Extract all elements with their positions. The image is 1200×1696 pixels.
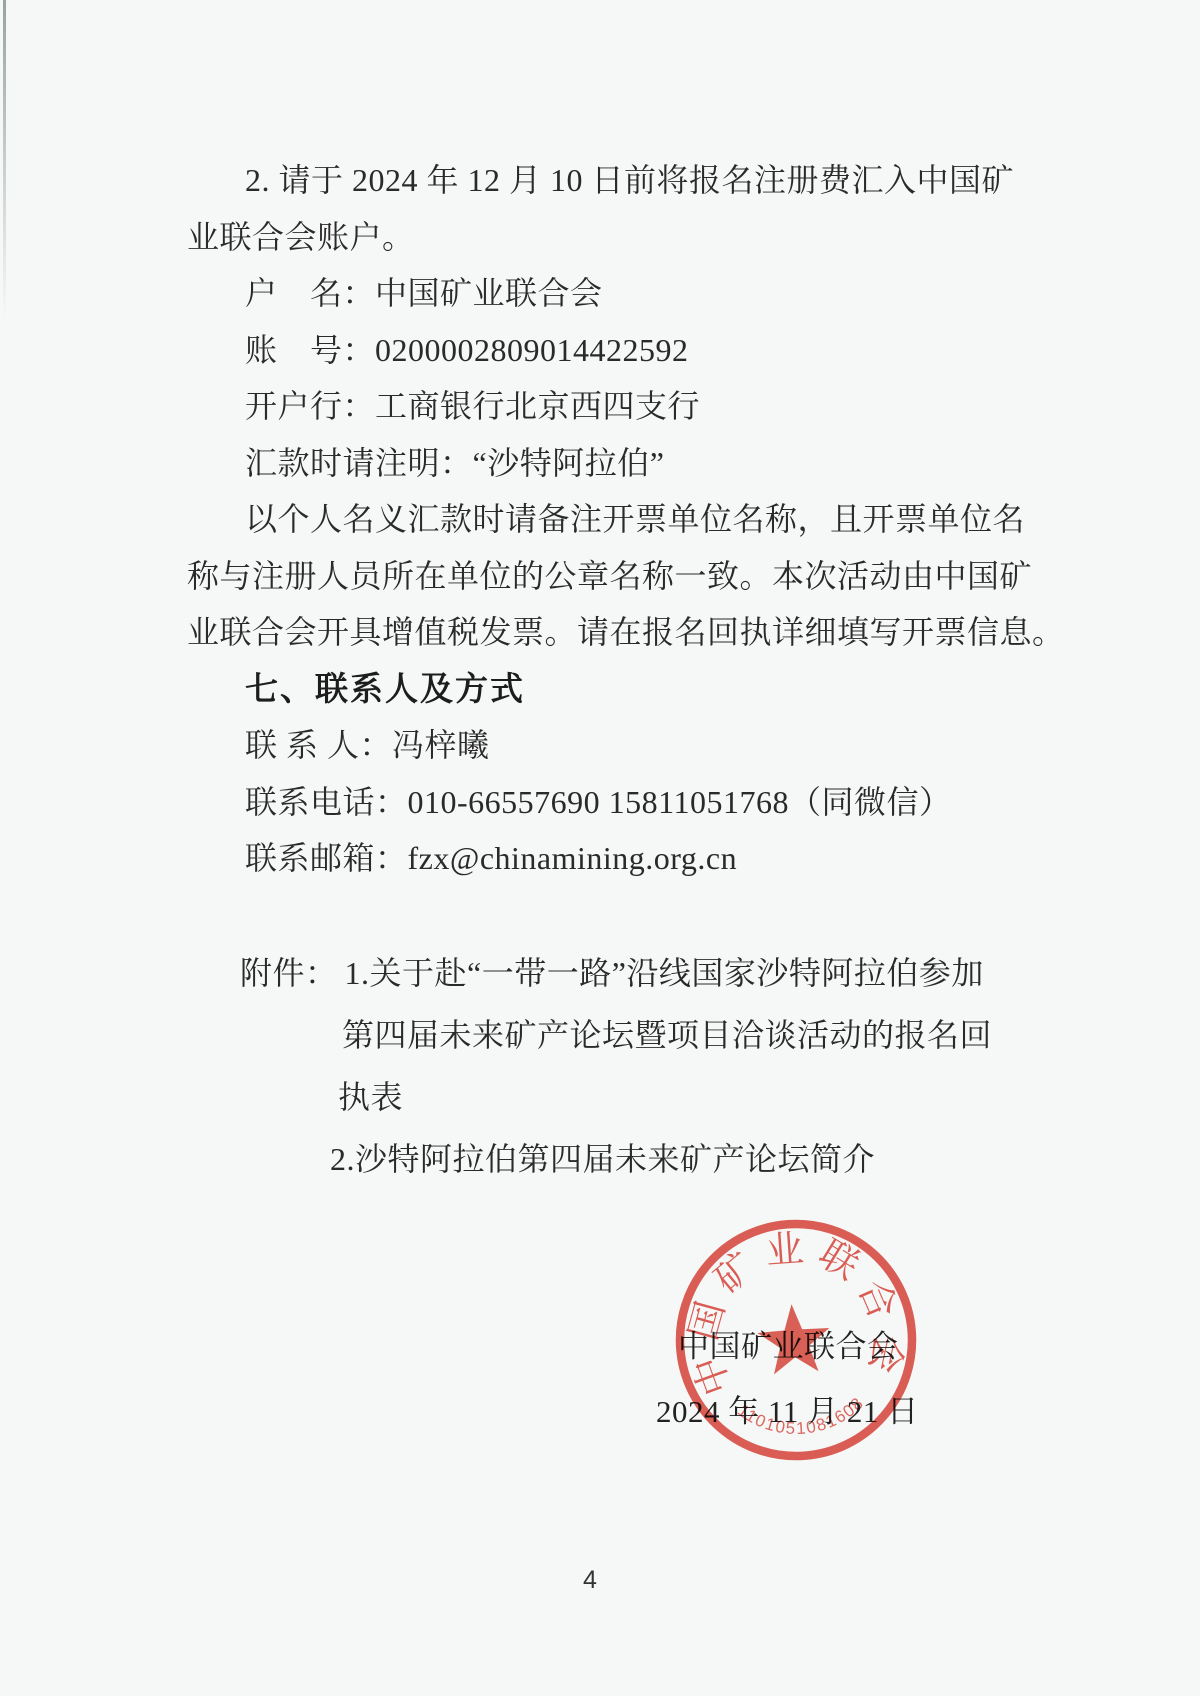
attachment-item-text: 1.关于赴“一带一路”沿线国家沙特阿拉伯参加 xyxy=(345,955,984,991)
scan-artifact-line xyxy=(3,0,6,320)
doc-line: 业联合会开具增值税发票。请在报名回执详细填写开票信息。 xyxy=(187,604,1032,661)
attachment-line: 2.沙特阿拉伯第四届未来矿产论坛简介 xyxy=(187,1128,1087,1190)
attachment-line: 第四届未来矿产论坛暨项目洽谈活动的报名回 xyxy=(187,1004,1087,1066)
doc-line: 2. 请于 2024 年 12 月 10 日前将报名注册费汇入中国矿 xyxy=(187,152,1032,209)
document-body: 2. 请于 2024 年 12 月 10 日前将报名注册费汇入中国矿 业联合会账… xyxy=(187,152,1032,887)
seal-code-text: 1101051081608 xyxy=(733,1392,869,1442)
page-number: 4 xyxy=(575,1566,605,1595)
organization-seal-stamp: 中国矿业联合会 1101051081608 xyxy=(663,1207,930,1474)
doc-line: 账 号：0200002809014422592 xyxy=(187,322,1032,379)
attachment-label: 附件： xyxy=(240,955,338,991)
seal-star-icon xyxy=(755,1302,832,1376)
doc-line: 户 名：中国矿业联合会 xyxy=(187,265,1032,322)
doc-line: 以个人名义汇款时请备注开票单位名称，且开票单位名 xyxy=(187,491,1032,548)
doc-line: 业联合会账户。 xyxy=(187,209,1032,266)
doc-line: 联 系 人：冯梓曦 xyxy=(187,717,1032,774)
doc-line: 联系电话：010-66557690 15811051768（同微信） xyxy=(187,774,1032,831)
seal-code: 1101051081608 xyxy=(733,1392,869,1442)
attachment-line: 附件：1.关于赴“一带一路”沿线国家沙特阿拉伯参加 xyxy=(187,942,1087,1004)
doc-line: 开户行：工商银行北京西四支行 xyxy=(187,378,1032,435)
scanned-document-page: 2. 请于 2024 年 12 月 10 日前将报名注册费汇入中国矿 业联合会账… xyxy=(0,0,1200,1696)
doc-line: 汇款时请注明：“沙特阿拉伯” xyxy=(187,435,1032,492)
doc-line: 联系邮箱：fzx@chinamining.org.cn xyxy=(187,830,1032,887)
doc-line: 称与注册人员所在单位的公章名称一致。本次活动由中国矿 xyxy=(187,548,1032,605)
attachment-line: 执表 xyxy=(187,1066,1087,1128)
section-heading: 七、联系人及方式 xyxy=(187,661,1032,718)
attachment-block: 附件：1.关于赴“一带一路”沿线国家沙特阿拉伯参加 第四届未来矿产论坛暨项目洽谈… xyxy=(187,942,1087,1190)
